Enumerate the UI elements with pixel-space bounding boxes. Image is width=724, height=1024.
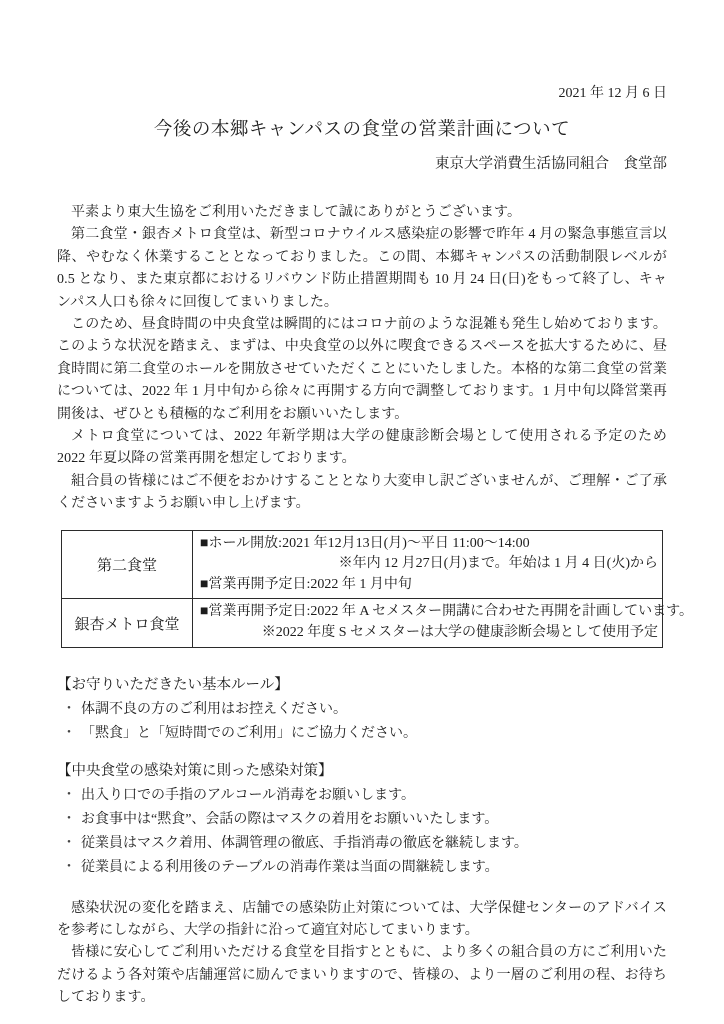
paragraph-policy: 感染状況の変化を踏まえ、店舗での感染防止対策については、大学保健センターのアドバ…	[57, 898, 667, 943]
list-item: ・ 出入り口での手指のアルコール消毒をお願いします。	[57, 784, 667, 808]
schedule-line: ■営業再開予定日:2022 年 A セメスター開講に合わせた再開を計画しています…	[200, 602, 658, 623]
closing-paragraphs: 感染状況の変化を踏まえ、店舗での感染防止対策については、大学保健センターのアドバ…	[57, 898, 667, 1010]
infection-measures-list: ・ 出入り口での手指のアルコール消毒をお願いします。 ・ お食事中は“黙食”、会…	[57, 784, 667, 880]
table-row-icho-metro-shokudo: 銀杏メトロ食堂 ■営業再開予定日:2022 年 A セメスター開講に合わせた再開…	[62, 599, 663, 647]
paragraph-closure-history: 第二食堂・銀杏メトロ食堂は、新型コロナウイルス感染症の影響で昨年 4 月の緊急事…	[57, 224, 667, 314]
schedule-line-note: ※年内 12 月27日(月)まで。年始は 1 月 4 日(火)から	[200, 554, 658, 575]
section-infection-measures: 【中央食堂の感染対策に則った感染対策】 ・ 出入り口での手指のアルコール消毒をお…	[57, 760, 667, 880]
bullet-marker: ・	[57, 808, 81, 832]
table-row-daini-shokudo: 第二食堂 ■ホール開放:2021 年12月13日(月)〜平日 11:00〜14:…	[62, 530, 663, 599]
document-date: 2021 年 12 月 6 日	[57, 84, 667, 104]
paragraph-metro-plan: メトロ食堂については、2022 年新学期は大学の健康診断会場として使用される予定…	[57, 426, 667, 471]
schedule-detail-cell: ■営業再開予定日:2022 年 A セメスター開講に合わせた再開を計画しています…	[193, 599, 663, 647]
cafeteria-name-cell: 第二食堂	[62, 530, 193, 599]
section-heading: 【中央食堂の感染対策に則った感染対策】	[57, 760, 667, 782]
schedule-line: ■営業再開予定日:2022 年 1 月中旬	[200, 575, 658, 596]
paragraph-greeting: 平素より東大生協をご利用いただきまして誠にありがとうございます。	[57, 202, 667, 224]
list-item: ・ 従業員による利用後のテーブルの消毒作業は当面の間継続します。	[57, 856, 667, 880]
bullet-marker: ・	[57, 832, 81, 856]
list-item-text: 出入り口での手指のアルコール消毒をお願いします。	[81, 784, 415, 808]
list-item: ・ 体調不良の方のご利用はお控えください。	[57, 698, 667, 722]
list-item-text: 「黙食」と「短時間でのご利用」にご協力ください。	[81, 722, 417, 746]
bullet-marker: ・	[57, 722, 81, 746]
cafeteria-schedule-table: 第二食堂 ■ホール開放:2021 年12月13日(月)〜平日 11:00〜14:…	[61, 530, 663, 648]
list-item-text: 体調不良の方のご利用はお控えください。	[81, 698, 347, 722]
cafeteria-name-cell: 銀杏メトロ食堂	[62, 599, 193, 647]
schedule-detail-cell: ■ホール開放:2021 年12月13日(月)〜平日 11:00〜14:00 ※年…	[193, 530, 663, 599]
bullet-marker: ・	[57, 698, 81, 722]
section-heading: 【お守りいただきたい基本ルール】	[57, 674, 667, 696]
section-basic-rules: 【お守りいただきたい基本ルール】 ・ 体調不良の方のご利用はお控えください。 ・…	[57, 674, 667, 746]
bullet-marker: ・	[57, 856, 81, 880]
list-item-text: 従業員による利用後のテーブルの消毒作業は当面の間継続します。	[81, 856, 499, 880]
schedule-line: ■ホール開放:2021 年12月13日(月)〜平日 11:00〜14:00	[200, 534, 658, 555]
document-author: 東京大学消費生活協同組合 食堂部	[57, 154, 667, 174]
paragraph-reopening-plan: このため、昼食時間の中央食堂は瞬間的にはコロナ前のような混雑も発生し始めておりま…	[57, 314, 667, 426]
list-item: ・ 従業員はマスク着用、体調管理の徹底、手指消毒の徹底を継続します。	[57, 832, 667, 856]
list-item-text: 従業員はマスク着用、体調管理の徹底、手指消毒の徹底を継続します。	[81, 832, 528, 856]
list-item: ・ 「黙食」と「短時間でのご利用」にご協力ください。	[57, 722, 667, 746]
list-item: ・ お食事中は“黙食”、会話の際はマスクの着用をお願いいたします。	[57, 808, 667, 832]
list-item-text: お食事中は“黙食”、会話の際はマスクの着用をお願いいたします。	[81, 808, 498, 832]
bullet-marker: ・	[57, 784, 81, 808]
document-title: 今後の本郷キャンパスの食堂の営業計画について	[57, 116, 667, 144]
paragraph-commitment: 皆様に安心してご利用いただける食堂を目指すとともに、より多くの組合員の方にご利用…	[57, 942, 667, 1009]
schedule-line-note: ※2022 年度 S セメスターは大学の健康診断会場として使用予定	[200, 623, 658, 644]
document-page: 2021 年 12 月 6 日 今後の本郷キャンパスの食堂の営業計画について 東…	[0, 0, 724, 1024]
paragraph-apology: 組合員の皆様にはご不便をおかけすることとなり大変申し訳ございませんが、ご理解・ご…	[57, 471, 667, 516]
document-body: 平素より東大生協をご利用いただきまして誠にありがとうございます。 第二食堂・銀杏…	[57, 202, 667, 516]
basic-rules-list: ・ 体調不良の方のご利用はお控えください。 ・ 「黙食」と「短時間でのご利用」に…	[57, 698, 667, 746]
